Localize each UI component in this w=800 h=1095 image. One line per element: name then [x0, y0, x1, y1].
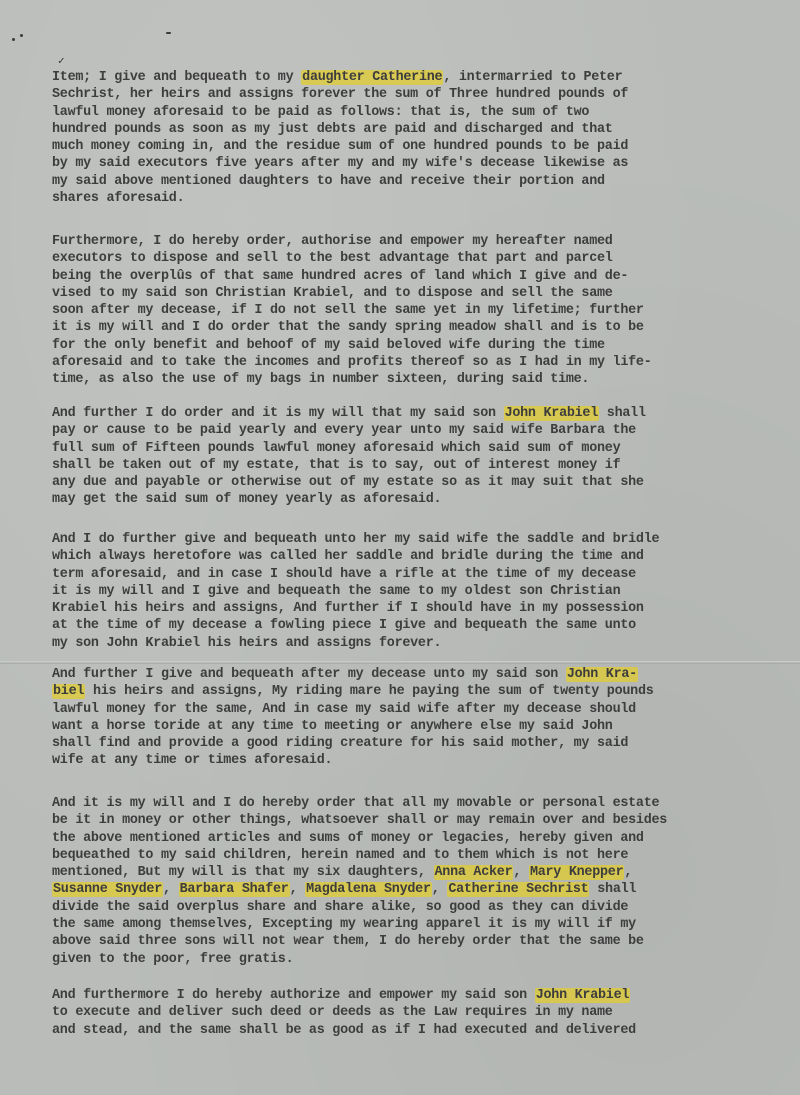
text-segment: ,: [432, 882, 448, 897]
text-segment: shall: [599, 406, 646, 421]
document-page: ✓ Item; I give and bequeath to my daught…: [0, 0, 800, 1095]
text-segment: ,: [513, 865, 529, 880]
text-segment: and stead, and the same shall be as good…: [52, 1023, 636, 1038]
text-line: my son John Krabiel his heirs and assign…: [52, 635, 659, 652]
text-line: Krabiel his heirs and assigns, And furth…: [52, 600, 659, 617]
text-line: my said above mentioned daughters to hav…: [52, 173, 628, 190]
text-segment: the above mentioned articles and sums of…: [52, 831, 644, 846]
text-segment: my son John Krabiel his heirs and assign…: [52, 636, 441, 651]
text-segment: any due and payable or otherwise out of …: [52, 475, 644, 490]
text-line: hundred pounds as soon as my just debts …: [52, 121, 628, 138]
text-line: Furthermore, I do hereby order, authoris…: [52, 233, 652, 250]
text-segment: hundred pounds as soon as my just debts …: [52, 122, 613, 137]
text-line: aforesaid and to take the incomes and pr…: [52, 354, 652, 371]
text-segment: shall find and provide a good riding cre…: [52, 736, 628, 751]
text-segment: which always heretofore was called her s…: [52, 549, 644, 564]
paper-fold-crease: [0, 661, 800, 664]
text-segment: wife at any time or times aforesaid.: [52, 753, 332, 768]
text-line: given to the poor, free gratis.: [52, 951, 667, 968]
paragraph: And further I do order and it is my will…: [52, 405, 646, 509]
text-line: want a horse toride at any time to meeti…: [52, 718, 654, 735]
highlighted-name: Mary Knepper: [529, 865, 624, 880]
text-segment: be it in money or other things, whatsoev…: [52, 813, 667, 828]
text-segment: it is my will and I do order that the sa…: [52, 320, 644, 335]
text-segment: Item; I give and bequeath to my: [52, 70, 301, 85]
text-line: be it in money or other things, whatsoev…: [52, 812, 667, 829]
text-segment: And I do further give and bequeath unto …: [52, 532, 659, 547]
highlighted-name: biel: [52, 684, 85, 699]
highlighted-name: John Kra-: [566, 667, 638, 682]
text-segment: his heirs and assigns, My riding mare he…: [85, 684, 653, 699]
text-line: lawful money for the same, And in case m…: [52, 701, 654, 718]
text-segment: being the overplûs of that same hundred …: [52, 269, 628, 284]
text-line: mentioned, But my will is that my six da…: [52, 864, 667, 881]
paper-speck: [20, 34, 23, 37]
text-line: above said three sons will not wear them…: [52, 933, 667, 950]
text-segment: executors to dispose and sell to the bes…: [52, 251, 613, 266]
text-line: being the overplûs of that same hundred …: [52, 268, 652, 285]
text-segment: to execute and deliver such deed or deed…: [52, 1005, 613, 1020]
text-segment: ,: [163, 882, 179, 897]
text-segment: And furthermore I do hereby authorize an…: [52, 988, 535, 1003]
text-segment: it is my will and I give and bequeath th…: [52, 584, 620, 599]
paragraph: Furthermore, I do hereby order, authoris…: [52, 233, 652, 389]
text-line: executors to dispose and sell to the bes…: [52, 250, 652, 267]
paragraph: And I do further give and bequeath unto …: [52, 531, 659, 652]
text-segment: pay or cause to be paid yearly and every…: [52, 423, 636, 438]
text-line: to execute and deliver such deed or deed…: [52, 1004, 636, 1021]
text-line: term aforesaid, and in case I should hav…: [52, 566, 659, 583]
text-segment: by my said executors five years after my…: [52, 156, 628, 171]
text-segment: Krabiel his heirs and assigns, And furth…: [52, 601, 644, 616]
text-line: any due and payable or otherwise out of …: [52, 474, 646, 491]
text-segment: And further I do order and it is my will…: [52, 406, 504, 421]
text-line: Sechrist, her heirs and assigns forever …: [52, 86, 628, 103]
text-line: biel his heirs and assigns, My riding ma…: [52, 683, 654, 700]
text-segment: above said three sons will not wear them…: [52, 934, 644, 949]
text-line: it is my will and I give and bequeath th…: [52, 583, 659, 600]
text-segment: divide the said overplus share and share…: [52, 900, 628, 915]
text-segment: term aforesaid, and in case I should hav…: [52, 567, 636, 582]
text-line: full sum of Fifteen pounds lawful money …: [52, 440, 646, 457]
highlighted-name: Anna Acker: [434, 865, 514, 880]
text-line: Item; I give and bequeath to my daughter…: [52, 69, 628, 86]
text-segment: for the only benefit and behoof of my sa…: [52, 338, 605, 353]
text-segment: much money coming in, and the residue su…: [52, 139, 628, 154]
text-line: Susanne Snyder, Barbara Shafer, Magdalen…: [52, 881, 667, 898]
text-line: And it is my will and I do hereby order …: [52, 795, 667, 812]
text-segment: ,: [624, 865, 632, 880]
paragraph: And it is my will and I do hereby order …: [52, 795, 667, 968]
text-line: by my said executors five years after my…: [52, 155, 628, 172]
text-segment: And it is my will and I do hereby order …: [52, 796, 659, 811]
text-segment: the same among themselves, Excepting my …: [52, 917, 636, 932]
text-line: the same among themselves, Excepting my …: [52, 916, 667, 933]
text-segment: ,: [290, 882, 306, 897]
text-line: shall be taken out of my estate, that is…: [52, 457, 646, 474]
text-line: And I do further give and bequeath unto …: [52, 531, 659, 548]
text-line: lawful money aforesaid to be paid as fol…: [52, 104, 628, 121]
text-segment: may get the said sum of money yearly as …: [52, 492, 441, 507]
paragraph: Item; I give and bequeath to my daughter…: [52, 69, 628, 207]
check-mark-icon: ✓: [58, 54, 65, 68]
highlighted-name: John Krabiel: [504, 406, 599, 421]
text-segment: full sum of Fifteen pounds lawful money …: [52, 441, 620, 456]
text-line: may get the said sum of money yearly as …: [52, 491, 646, 508]
text-line: for the only benefit and behoof of my sa…: [52, 337, 652, 354]
text-segment: Furthermore, I do hereby order, authoris…: [52, 234, 613, 249]
text-line: time, as also the use of my bags in numb…: [52, 371, 652, 388]
text-segment: shares aforesaid.: [52, 191, 184, 206]
text-segment: And further I give and bequeath after my…: [52, 667, 566, 682]
text-segment: Sechrist, her heirs and assigns forever …: [52, 87, 628, 102]
text-segment: at the time of my decease a fowling piec…: [52, 618, 636, 633]
text-line: shares aforesaid.: [52, 190, 628, 207]
text-line: at the time of my decease a fowling piec…: [52, 617, 659, 634]
text-line: pay or cause to be paid yearly and every…: [52, 422, 646, 439]
text-segment: bequeathed to my said children, herein n…: [52, 848, 628, 863]
text-line: soon after my decease, if I do not sell …: [52, 302, 652, 319]
highlighted-name: Magdalena Snyder: [305, 882, 432, 897]
highlighted-name: Susanne Snyder: [52, 882, 163, 897]
text-segment: time, as also the use of my bags in numb…: [52, 372, 589, 387]
text-segment: shall be taken out of my estate, that is…: [52, 458, 620, 473]
text-line: And further I do order and it is my will…: [52, 405, 646, 422]
text-line: And further I give and bequeath after my…: [52, 666, 654, 683]
paragraph: And further I give and bequeath after my…: [52, 666, 654, 770]
text-segment: shall: [589, 882, 636, 897]
text-line: much money coming in, and the residue su…: [52, 138, 628, 155]
text-segment: , intermarried to Peter: [443, 70, 622, 85]
paragraph: And furthermore I do hereby authorize an…: [52, 987, 636, 1039]
text-segment: given to the poor, free gratis.: [52, 952, 293, 967]
text-line: bequeathed to my said children, herein n…: [52, 847, 667, 864]
highlighted-name: daughter Catherine: [301, 70, 443, 85]
text-line: divide the said overplus share and share…: [52, 899, 667, 916]
text-segment: aforesaid and to take the incomes and pr…: [52, 355, 652, 370]
text-segment: lawful money for the same, And in case m…: [52, 702, 636, 717]
text-segment: lawful money aforesaid to be paid as fol…: [52, 105, 589, 120]
text-segment: mentioned, But my will is that my six da…: [52, 865, 434, 880]
text-segment: my said above mentioned daughters to hav…: [52, 174, 605, 189]
highlighted-name: John Krabiel: [535, 988, 630, 1003]
highlighted-name: Barbara Shafer: [179, 882, 290, 897]
text-segment: soon after my decease, if I do not sell …: [52, 303, 644, 318]
text-line: vised to my said son Christian Krabiel, …: [52, 285, 652, 302]
text-line: shall find and provide a good riding cre…: [52, 735, 654, 752]
highlighted-name: Catherine Sechrist: [447, 882, 589, 897]
text-line: And furthermore I do hereby authorize an…: [52, 987, 636, 1004]
text-line: it is my will and I do order that the sa…: [52, 319, 652, 336]
text-line: the above mentioned articles and sums of…: [52, 830, 667, 847]
paper-speck: [12, 38, 15, 41]
text-line: wife at any time or times aforesaid.: [52, 752, 654, 769]
text-segment: want a horse toride at any time to meeti…: [52, 719, 613, 734]
paper-speck: [166, 32, 171, 34]
text-segment: vised to my said son Christian Krabiel, …: [52, 286, 613, 301]
text-line: and stead, and the same shall be as good…: [52, 1022, 636, 1039]
text-line: which always heretofore was called her s…: [52, 548, 659, 565]
